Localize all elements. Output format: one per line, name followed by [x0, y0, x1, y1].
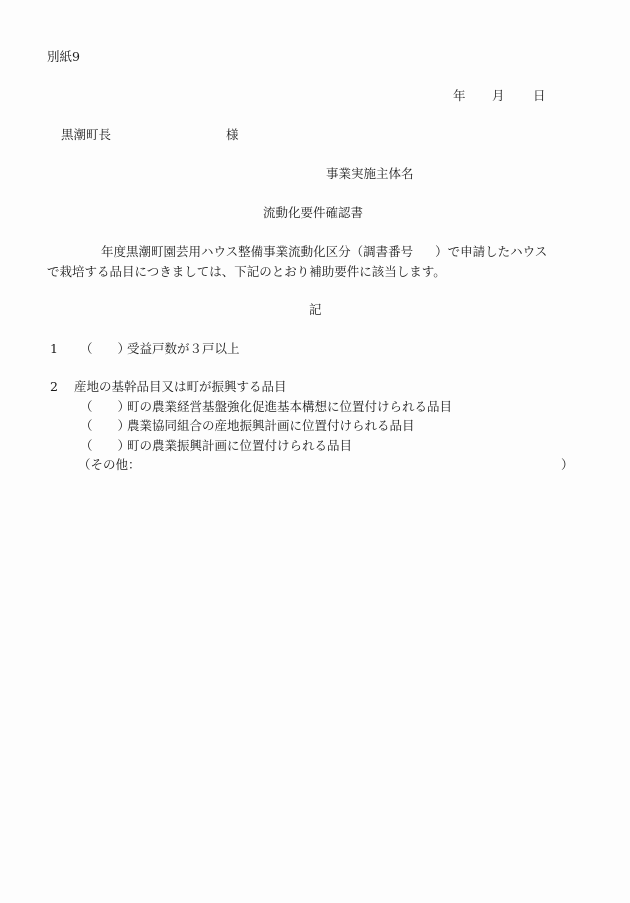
item-1-checkbox: （ ）: [80, 343, 130, 356]
date-year-label: 年: [453, 90, 466, 103]
other-open: （その他：: [78, 459, 141, 472]
addressee-name: 黒潮町長: [61, 129, 111, 142]
subitem-3-checkbox: （ ）: [80, 440, 130, 453]
subitem-1-text: 町の農業経営基盤強化促進基本構想に位置付けられる品目: [127, 401, 452, 414]
date-month-label: 月: [492, 90, 505, 103]
other-close: ）: [561, 459, 574, 472]
subitem-2-text: 農業協同組合の産地振興計画に位置付けられる品目: [127, 420, 415, 433]
ki-label: 記: [309, 304, 322, 317]
body-line-1: 年度黒潮町園芸用ハウス整備事業流動化区分（調書番号）で申請したハウス: [101, 246, 547, 259]
subitem-3-text: 町の農業振興計画に位置付けられる品目: [127, 440, 352, 453]
body-line-1-part2: ）で申請したハウス: [435, 244, 547, 259]
body-line-1-part1: 年度黒潮町園芸用ハウス整備事業流動化区分（調書番号: [101, 244, 413, 259]
item-2-number: 2: [50, 381, 58, 394]
document-page: 別紙9 年 月 日 黒潮町長 様 事業実施主体名 流動化要件確認書 年度黒潮町園…: [0, 0, 630, 903]
subitem-1-checkbox: （ ）: [80, 401, 130, 414]
date-day-label: 日: [533, 90, 546, 103]
document-title: 流動化要件確認書: [263, 207, 363, 220]
subitem-2-checkbox: （ ）: [80, 420, 130, 433]
item-1-number: 1: [50, 343, 58, 356]
attachment-label: 別紙9: [47, 51, 80, 64]
addressee-honorific: 様: [226, 129, 239, 142]
applicant-label: 事業実施主体名: [326, 168, 414, 181]
item-1-text: 受益戸数が３戸以上: [127, 343, 240, 356]
item-2-text: 産地の基幹品目又は町が振興する品目: [74, 381, 287, 394]
body-line-2: で栽培する品目につきましては、下記のとおり補助要件に該当します。: [47, 266, 446, 279]
